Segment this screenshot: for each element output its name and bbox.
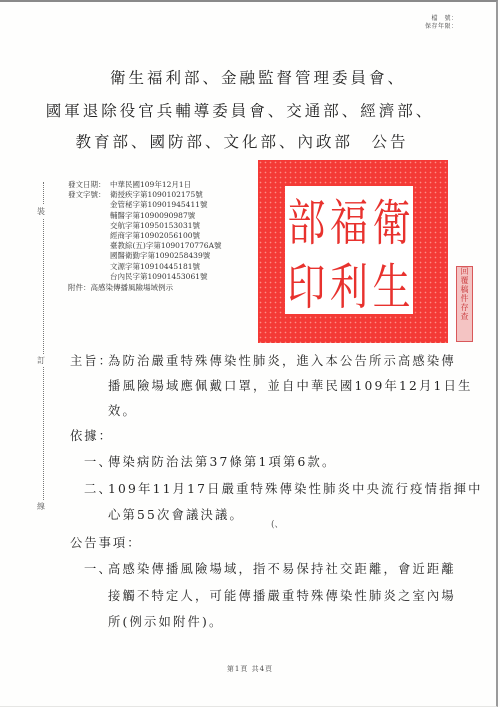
attachment-label: 附件：	[68, 283, 91, 293]
side-stamp-char: 存	[461, 303, 469, 312]
announcement-item-line: 接觸不特定人，可能傳播嚴重特殊傳染性肺炎之室內場	[108, 586, 456, 604]
reference-number: 輔醫字第1090090987號	[110, 211, 222, 221]
binding-line	[43, 182, 45, 512]
subject-line: 效。	[108, 401, 137, 419]
issue-date-value: 中華民國109年12月1日	[110, 180, 191, 190]
basis-item-line: 心第55次會議決議。	[108, 505, 244, 523]
reference-number: 經商字第10902056100號	[110, 231, 222, 241]
reference-number-label: 發文字號：	[68, 190, 110, 282]
basis-item-line: 109年11月17日嚴重特殊傳染性肺炎中央流行疫情指揮中	[108, 479, 483, 497]
binding-label-staple: 訂	[37, 354, 45, 367]
basis-label: 依據：	[70, 426, 113, 444]
reference-number: 文源字第10910445181號	[110, 262, 222, 272]
seal-inscription: 衛 生 福 利 部 印	[285, 186, 413, 314]
issue-date-label: 發文日期：	[68, 180, 110, 190]
reference-number: 交航字第10950153031號	[110, 221, 222, 231]
reference-number: 金管秘字第10901945411號	[110, 200, 222, 210]
side-stamp-char: 稿	[461, 285, 469, 294]
document-meta: 發文日期： 中華民國109年12月1日 發文字號： 衛授疾字第109010217…	[68, 180, 222, 293]
retention-period-label: 保存年限：	[425, 23, 458, 31]
reference-number: 衛授疾字第1090102175號	[110, 190, 222, 200]
reference-number-list: 衛授疾字第1090102175號 金管秘字第10901945411號 輔醫字第1…	[110, 190, 222, 282]
side-stamp-char: 查	[461, 312, 469, 321]
seal-char: 利	[328, 240, 371, 323]
file-number-label: 檔 號：	[425, 15, 458, 23]
stray-mark: (、	[271, 517, 284, 530]
reference-number-row: 發文字號： 衛授疾字第1090102175號 金管秘字第10901945411號…	[68, 190, 222, 282]
seal-char: 生	[370, 240, 413, 323]
announcement-item-line: 所(例示如附件)。	[108, 612, 223, 630]
subject-line: 為防治嚴重特殊傳染性肺炎，進入本公告所示高感染傳	[108, 351, 456, 369]
side-stamp: 回 覆 稿 件 存 查	[456, 266, 473, 342]
document-page: 檔 號： 保存年限： 衛生福利部、金融監督管理委員會、 國軍退除役官兵輔導委員會…	[0, 0, 498, 707]
issue-date-row: 發文日期： 中華民國109年12月1日	[68, 180, 222, 190]
issuer-line-2: 國軍退除役官兵輔導委員會、交通部、經濟部、	[20, 99, 460, 121]
basis-item-line: 傳染病防治法第37條第1項第6款。	[108, 452, 337, 470]
issuer-line-3: 教育部、國防部、文化部、內政部 公告	[22, 130, 462, 152]
announcement-label: 公告事項：	[70, 533, 142, 551]
binding-label-bind: 裝	[37, 205, 45, 218]
binding-label-line: 線	[37, 500, 45, 513]
page-number: 第1頁 共4頁	[0, 664, 500, 674]
reference-number: 國醫衛勤字第1090258439號	[110, 251, 222, 261]
side-stamp-char: 件	[461, 294, 469, 303]
subject-line: 播風險場域應佩戴口罩，並自中華民國109年12月1日生	[108, 376, 473, 394]
announcement-item-line: 高感染傳播風險場域，指不易保持社交距離，會近距離	[108, 559, 456, 577]
seal-char: 印	[285, 240, 328, 323]
archive-meta: 檔 號： 保存年限：	[425, 15, 458, 31]
attachment-row: 附件： 高感染傳播風險場域例示	[68, 283, 222, 293]
subject-label: 主旨：	[70, 351, 113, 369]
side-stamp-char: 覆	[461, 276, 469, 285]
attachment-value: 高感染傳播風險場域例示	[91, 283, 174, 293]
side-stamp-char: 回	[461, 267, 469, 276]
reference-number: 臺教綜(五)字第1090170776A號	[110, 241, 222, 251]
official-seal: 衛 生 福 利 部 印	[258, 160, 448, 343]
reference-number: 台內民字第10901453061號	[110, 272, 222, 282]
issuer-line-1: 衛生福利部、金融監督管理委員會、	[38, 66, 478, 88]
